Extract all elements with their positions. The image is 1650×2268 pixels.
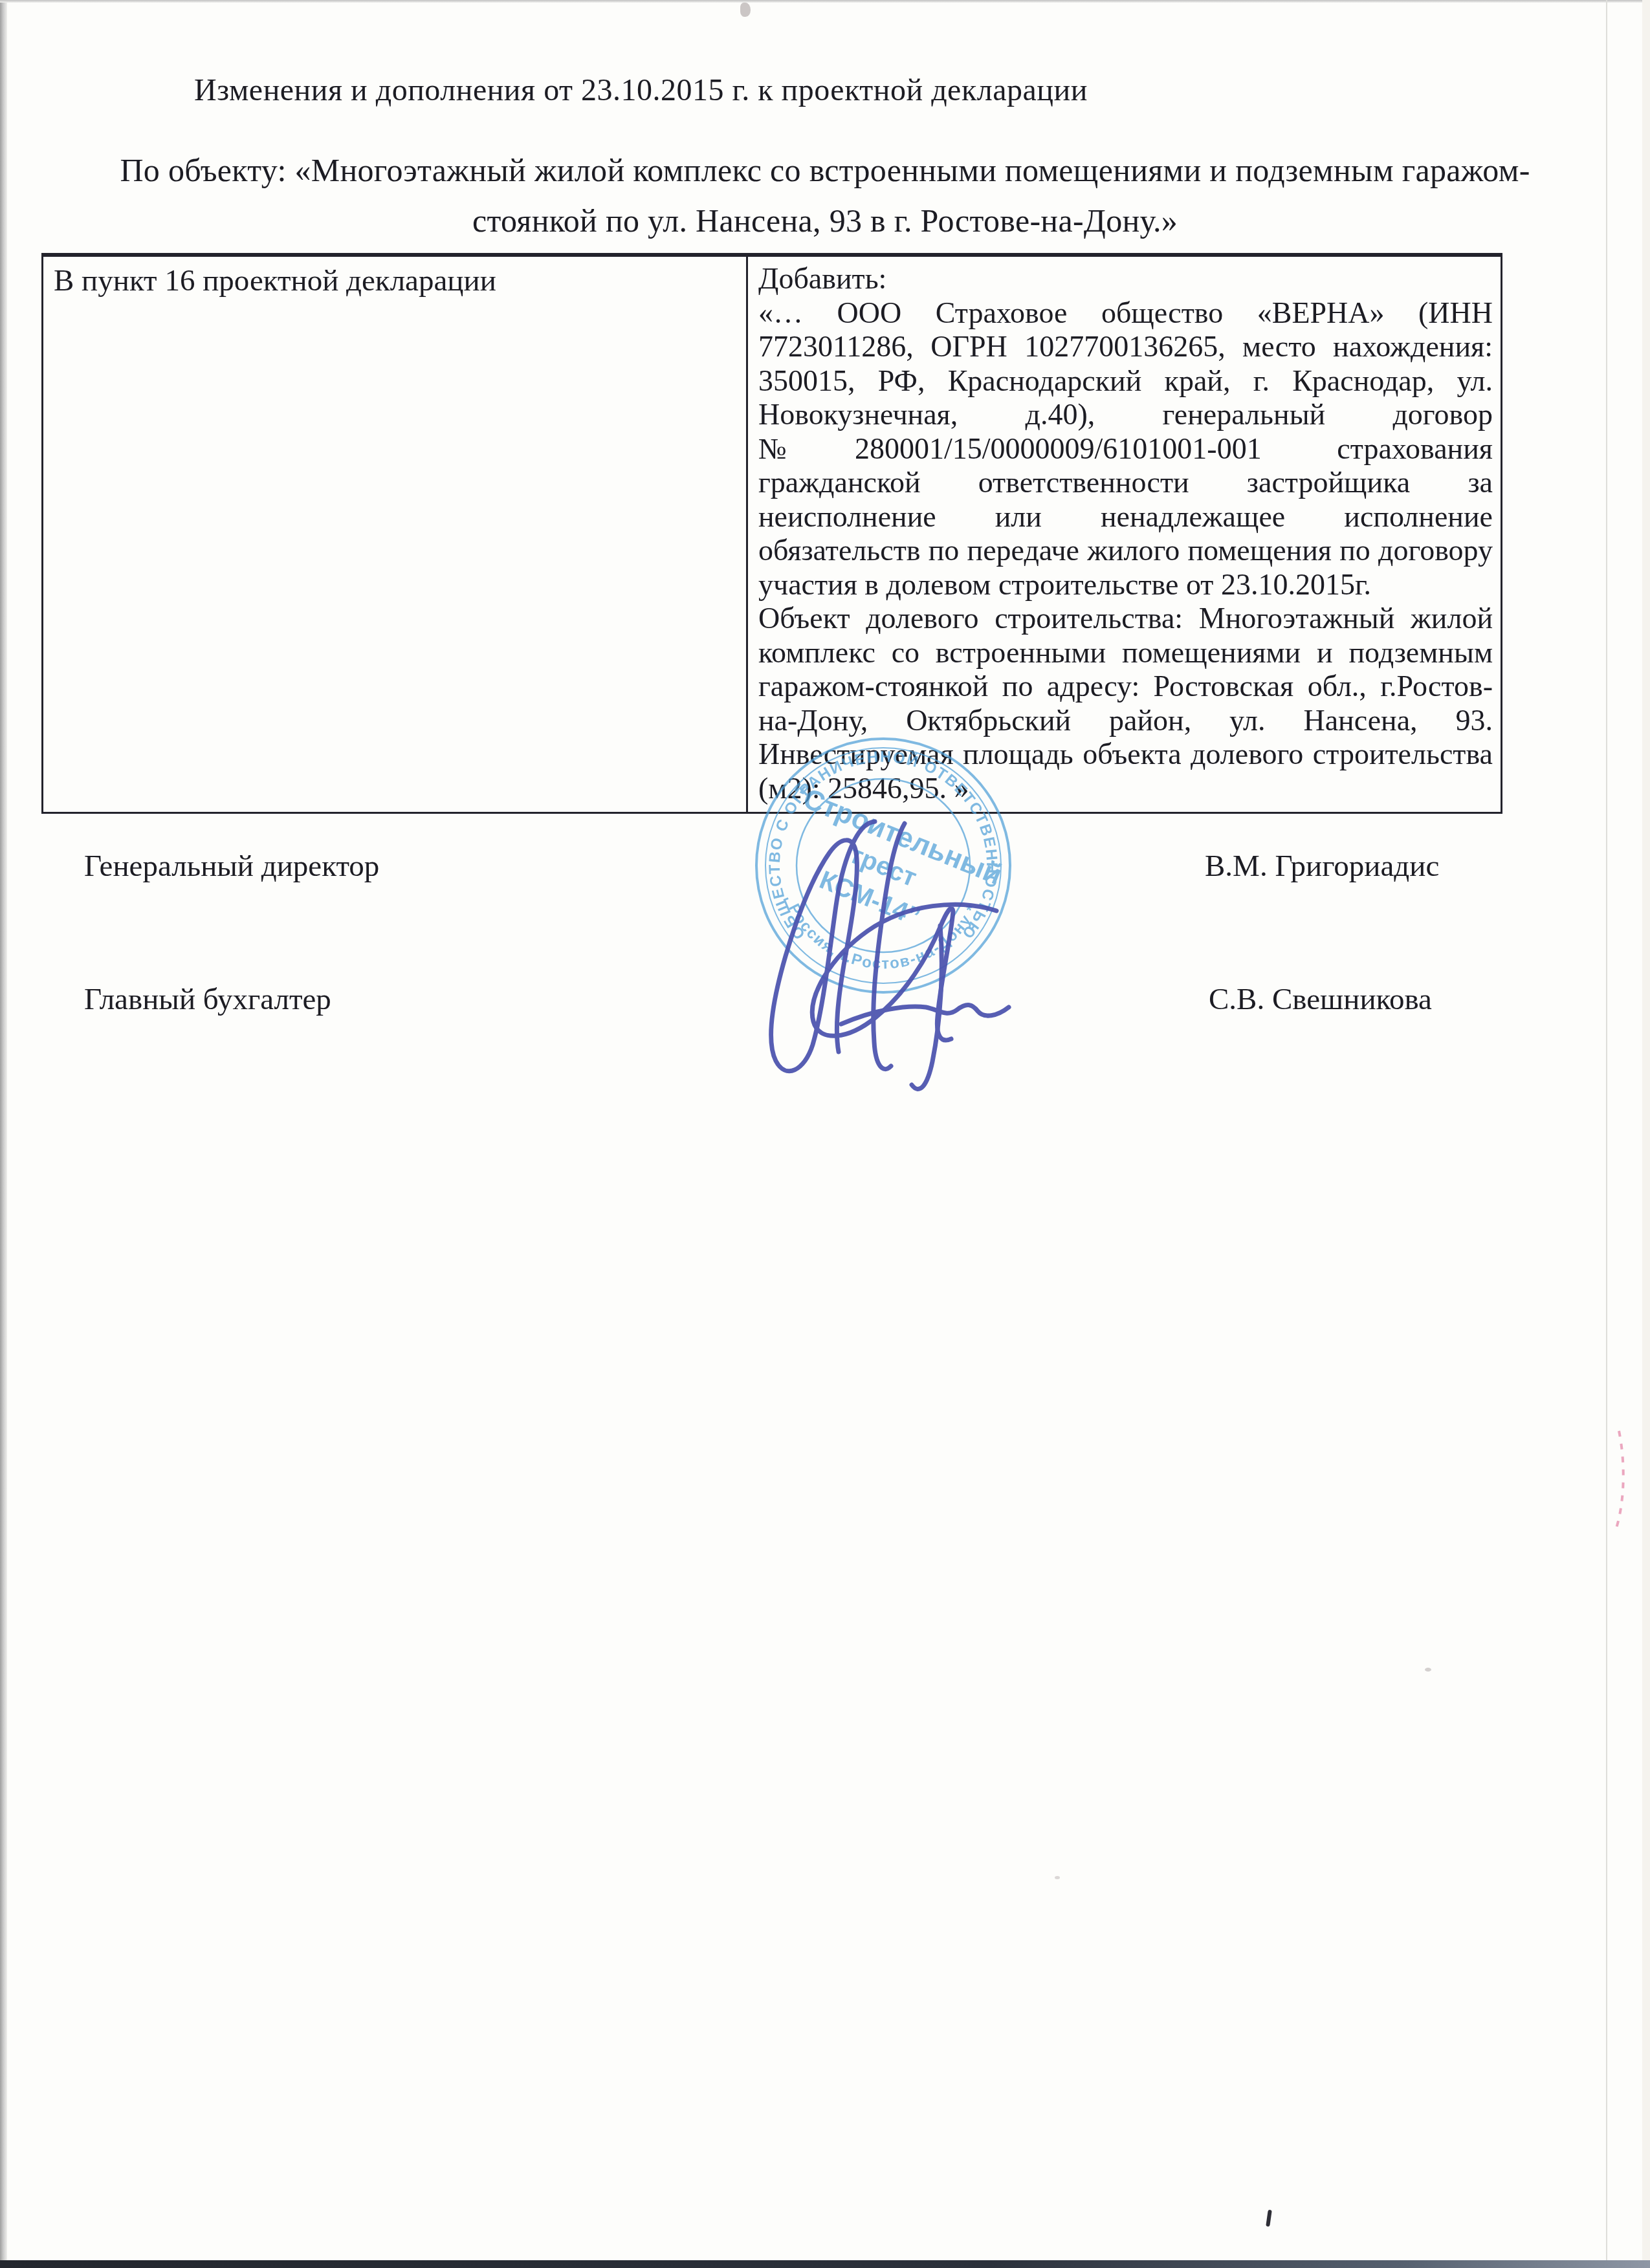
- scan-edge-bottom: [0, 2260, 1650, 2268]
- scan-speck: [1425, 1668, 1431, 1672]
- stamp-graphic: ОБЩЕСТВО С ОГРАНИЧЕННОЙ ОТВЕТСТВЕННОСТЬЮ…: [756, 739, 1010, 992]
- scan-edge-top: [0, 0, 1650, 3]
- document-title: Изменения и дополнения от 23.10.2015 г. …: [194, 72, 1088, 108]
- scan-fold-line: [1606, 0, 1607, 2260]
- addition-heading: Добавить:: [758, 262, 1493, 296]
- subtitle-line-2: стоянкой по ул. Нансена, 93 в г. Ростове…: [0, 195, 1650, 246]
- scan-edge-right: [1642, 0, 1650, 2260]
- company-stamp: ОБЩЕСТВО С ОГРАНИЧЕННОЙ ОТВЕТСТВЕННОСТЬЮ…: [725, 707, 1048, 1030]
- scan-edge-left: [0, 0, 7, 2268]
- signature-name-accountant: С.В. Свешникова: [1209, 982, 1432, 1017]
- table-cell-point: В пункт 16 проектной декларации: [43, 255, 747, 813]
- scan-speck: [1266, 2210, 1272, 2227]
- document-page: Изменения и дополнения от 23.10.2015 г. …: [0, 0, 1650, 2268]
- subtitle-line-1: По объекту: «Многоэтажный жилой комплекс…: [0, 145, 1650, 195]
- point-label: В пункт 16 проектной декларации: [54, 264, 496, 298]
- scan-speck: [1055, 1876, 1060, 1879]
- scan-speck: [740, 3, 751, 17]
- addition-paragraph-1: «… ООО Страховое общество «ВЕРНА» (ИНН 7…: [758, 296, 1493, 602]
- document-subtitle: По объекту: «Многоэтажный жилой комплекс…: [0, 145, 1650, 246]
- signature-role-director: Генеральный директор: [84, 849, 379, 884]
- signature-name-director: В.М. Григориадис: [1205, 849, 1439, 884]
- signature-role-accountant: Главный бухгалтер: [84, 982, 331, 1017]
